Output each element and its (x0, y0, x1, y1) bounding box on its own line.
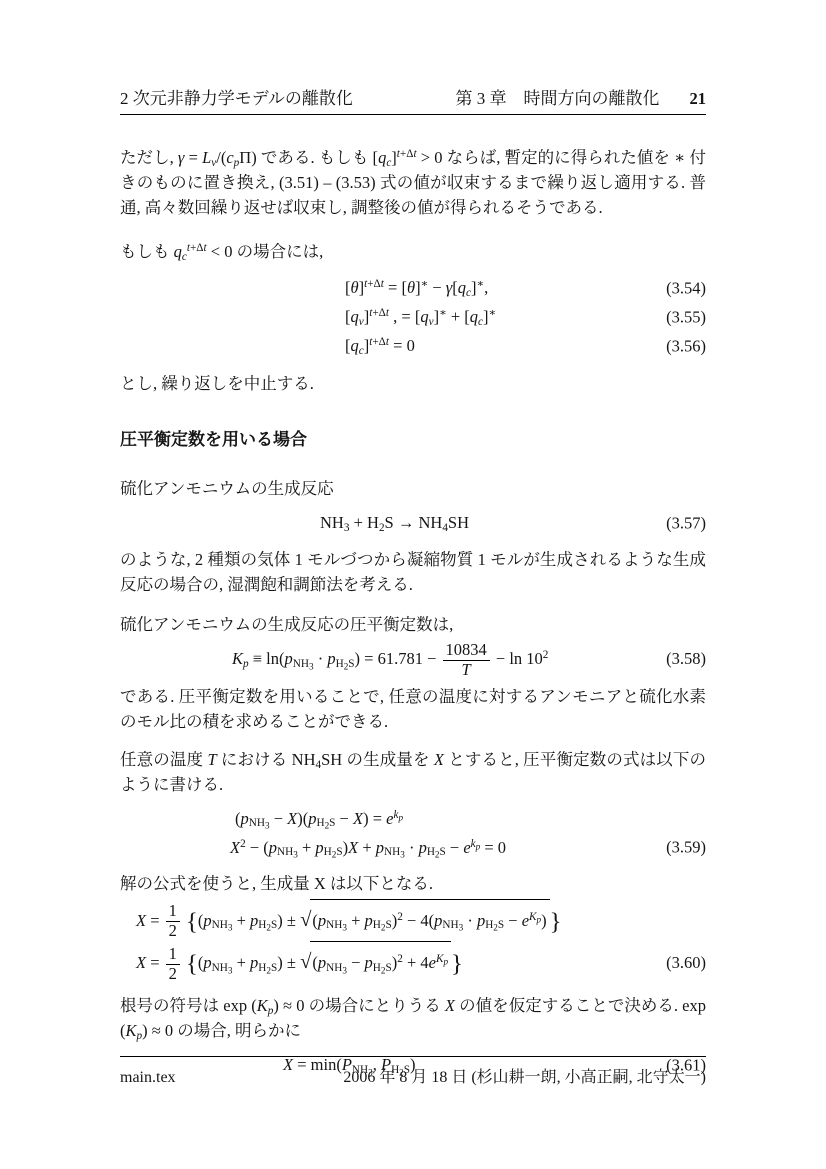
page-content: 2 次元非静力学モデルの離散化 第 3 章 時間方向の離散化 21 ただし, γ… (120, 84, 706, 1079)
equation-3.59-line1: (pNH3 − X)(pH2S − X) = ekp (120, 804, 706, 833)
equation-3.60-line1: X = 12 {(pNH3 + pH2S) ± √(pNH3 + pH2S)2 … (120, 899, 706, 942)
equation-body: (pNH3 − X)(pH2S − X) = ekp (235, 809, 403, 828)
equation-body: [θ]t+Δt = [θ]∗ − γ[qc]∗, (345, 278, 488, 297)
footer-date-authors: 2006 年 8 月 18 日 (杉山耕一朗, 小高正嗣, 北守太一) (343, 1064, 706, 1087)
page-footer: main.tex 2006 年 8 月 18 日 (杉山耕一朗, 小高正嗣, 北… (120, 1056, 706, 1087)
page-number: 21 (690, 89, 707, 109)
equation-3.58: Kp ≡ ln(pNH3 · pH2S) = 61.781 − 10834T −… (120, 639, 706, 680)
equation-number: (3.56) (666, 331, 706, 360)
paragraph-sign-choice: 根号の符号は exp (Kp) ≈ 0 の場合にとりうる X の値を仮定すること… (120, 993, 706, 1043)
running-head-left: 2 次元非静力学モデルの離散化 (120, 84, 353, 109)
equation-body: X = 12 {(pNH3 + pH2S) ± √(pNH3 − pH2S)2 … (136, 953, 463, 972)
equation-number: (3.57) (666, 508, 706, 537)
paragraph-iteration-note: ただし, γ = Lv/(cpΠ) である. もしも [qc]t+Δt > 0 … (120, 145, 706, 220)
equation-3.56: [qc]t+Δt = 0 (3.56) (120, 331, 706, 360)
paragraph-stop-iteration: とし, 繰り返しを中止する. (120, 371, 706, 396)
equation-body: X2 − (pNH3 + pH2S)X + pNH3 · pH2S − ekp … (230, 838, 506, 857)
paragraph-moist-adjustment: のような, 2 種類の気体 1 モルづつから凝縮物質 1 モルが生成されるような… (120, 547, 706, 597)
equation-number: (3.60) (666, 943, 706, 983)
equation-3.59-line2: X2 − (pNH3 + pH2S)X + pNH3 · pH2S − ekp … (120, 833, 706, 862)
equation-number: (3.55) (666, 302, 706, 331)
paragraph-negative-case: もしも qct+Δt < 0 の場合には, (120, 239, 706, 264)
paragraph-reaction-intro: 硫化アンモニウムの生成反応 (120, 476, 706, 501)
equation-body: [qv]t+Δt , = [qv]∗ + [qc]∗ (345, 307, 496, 326)
document-page: 2 次元非静力学モデルの離散化 第 3 章 時間方向の離散化 21 ただし, γ… (0, 0, 826, 1169)
equation-number: (3.54) (666, 273, 706, 302)
equation-3.57: NH3 + H2S → NH4SH (3.57) (120, 508, 706, 537)
equation-body: X = 12 {(pNH3 + pH2S) ± √(pNH3 + pH2S)2 … (136, 911, 562, 930)
equation-block-354-356: [θ]t+Δt = [θ]∗ − γ[qc]∗, (3.54) [qv]t+Δt… (120, 273, 706, 360)
equation-3.54: [θ]t+Δt = [θ]∗ − γ[qc]∗, (3.54) (120, 273, 706, 302)
equation-body: NH3 + H2S → NH4SH (320, 513, 469, 532)
equation-block-359: (pNH3 − X)(pH2S − X) = ekp X2 − (pNH3 + … (120, 804, 706, 862)
section-subheading: 圧平衡定数を用いる場合 (120, 425, 706, 450)
equation-body: [qc]t+Δt = 0 (345, 336, 415, 355)
equation-number: (3.59) (666, 833, 706, 862)
running-head: 2 次元非静力学モデルの離散化 第 3 章 時間方向の離散化 21 (120, 84, 706, 115)
footer-filename: main.tex (120, 1069, 176, 1087)
paragraph-equilibrium-intro: 硫化アンモニウムの生成反応の圧平衡定数は, (120, 612, 706, 637)
equation-body: Kp ≡ ln(pNH3 · pH2S) = 61.781 − 10834T −… (232, 649, 548, 668)
paragraph-equilibrium-use: である. 圧平衡定数を用いることで, 任意の温度に対するアンモニアと硫化水素のモ… (120, 684, 706, 734)
chapter-title: 第 3 章 時間方向の離散化 (456, 84, 660, 109)
equation-3.55: [qv]t+Δt , = [qv]∗ + [qc]∗ (3.55) (120, 302, 706, 331)
equation-3.60-line2: X = 12 {(pNH3 + pH2S) ± √(pNH3 − pH2S)2 … (120, 941, 706, 984)
running-head-right: 第 3 章 時間方向の離散化 21 (456, 84, 707, 109)
paragraph-quadratic-formula: 解の公式を使うと, 生成量 X は以下となる. (120, 871, 706, 896)
equation-number: (3.58) (666, 639, 706, 679)
paragraph-production-x: 任意の温度 T における NH4SH の生成量を X とすると, 圧平衡定数の式… (120, 747, 706, 797)
equation-block-360: X = 12 {(pNH3 + pH2S) ± √(pNH3 + pH2S)2 … (120, 899, 706, 984)
